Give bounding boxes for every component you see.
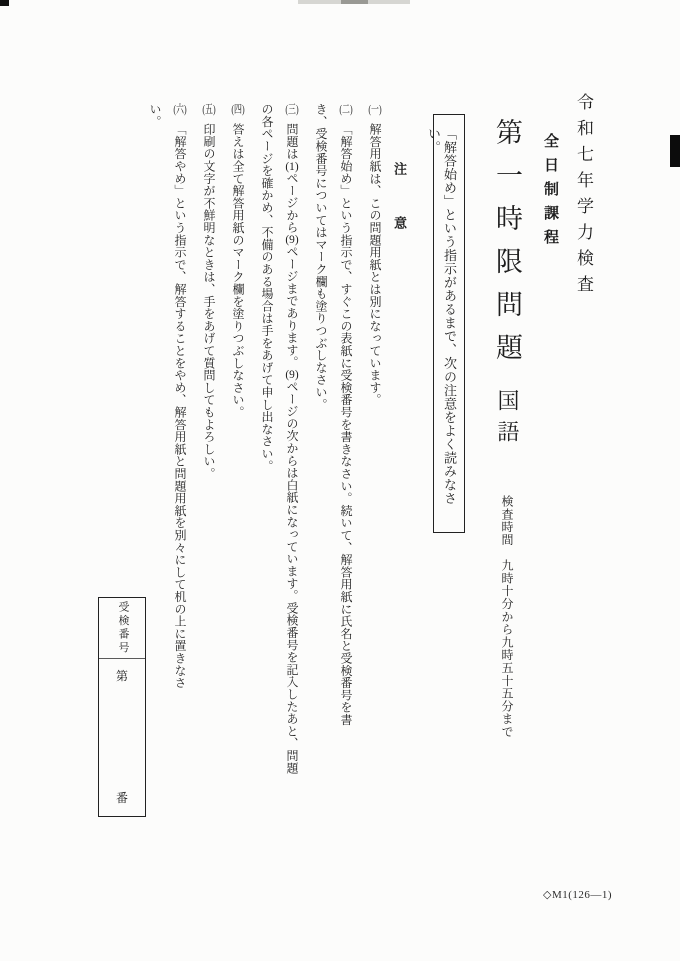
- note-item: (四)答えは全て解答用紙のマーク欄を塗りつぶしなさい。: [225, 0, 250, 700]
- course-label: 全日制課程: [537, 0, 563, 961]
- note-text: 答えは全て解答用紙のマーク欄を塗りつぶしなさい。: [231, 123, 245, 418]
- title-column: 第一時限問題 国語 検査時間 九時十分から九時五十五分まで: [485, 0, 529, 961]
- inline-page-number: (9): [285, 233, 299, 245]
- note-item: (二)「解答始め」という指示で、すぐこの表紙に受検番号を書きなさい。続いて、解答…: [308, 0, 358, 739]
- instruction-box: 「解答始め」という指示があるまで、次の注意をよく読みなさい。: [433, 114, 465, 533]
- examinee-number-box: 受検番号 第 番: [98, 597, 146, 817]
- note-number: (五): [202, 103, 216, 115]
- note-item: (五)印刷の文字が不鮮明なときは、手をあげて質問してもよろしい。: [196, 0, 221, 700]
- note-number: (一): [368, 103, 382, 115]
- print-mark-top-left-icon: [0, 0, 9, 6]
- era-exam-title: 令和七年学力検査: [570, 0, 596, 961]
- subject-label: 国語: [495, 389, 520, 451]
- note-item: (六)「解答やめ」という指示で、解答することをやめ、解答用紙と問題用紙を別々にし…: [142, 0, 192, 700]
- note-text: 解答用紙は、この問題用紙とは別になっています。: [368, 123, 382, 406]
- examinee-number-label: 受検番号: [99, 598, 145, 659]
- period-title: 第一時限問題: [492, 118, 522, 376]
- note-text: 印刷の文字が不鮮明なときは、手をあげて質問してもよろしい。: [202, 123, 216, 480]
- note-number: (四): [231, 103, 245, 115]
- note-item: (三)問題は(1)ページから(9)ページまであります。(9)ページの次からは白紙…: [254, 0, 304, 776]
- inline-page-number: (1): [285, 160, 299, 172]
- note-number: (二): [339, 103, 353, 115]
- note-number: (六): [173, 103, 187, 115]
- examinee-number-field[interactable]: 第 番: [99, 660, 145, 816]
- note-text: 「解答やめ」という指示で、解答することをやめ、解答用紙と問題用紙を別々にして机の…: [148, 103, 187, 689]
- exam-cover-page: 令和七年学力検査 全日制課程 第一時限問題 国語 検査時間 九時十分から九時五十…: [0, 0, 680, 961]
- page-code: ◇M1(126—1): [543, 888, 612, 901]
- inline-page-number: (9): [285, 368, 299, 380]
- note-text: 問題は(1)ページから(9)ページまであります。(9)ページの次からは白紙になっ…: [260, 103, 299, 774]
- number-suffix: 番: [116, 789, 128, 806]
- note-text: 「解答始め」という指示で、すぐこの表紙に受検番号を書きなさい。続いて、解答用紙に…: [314, 103, 353, 726]
- notes-heading: 注 意: [387, 0, 411, 961]
- main-content: 令和七年学力検査 全日制課程 第一時限問題 国語 検査時間 九時十分から九時五十…: [138, 0, 680, 961]
- note-item: (一)解答用紙は、この問題用紙とは別になっています。: [362, 0, 387, 700]
- exam-time-label: 検査時間 九時十分から九時五十五分まで: [500, 495, 514, 738]
- number-prefix: 第: [116, 667, 128, 684]
- instruction-text: 「解答始め」という指示があるまで、次の注意をよく読みなさい。: [426, 127, 457, 505]
- note-number: (三): [285, 103, 299, 115]
- instruction-box-column: 「解答始め」という指示があるまで、次の注意をよく読みなさい。: [433, 0, 465, 961]
